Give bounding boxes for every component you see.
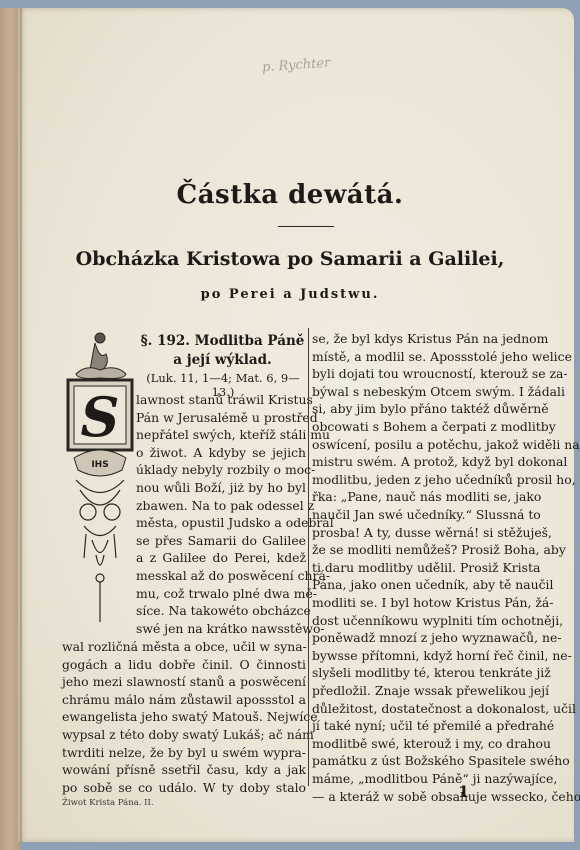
page-gutter-edge xyxy=(20,8,22,842)
text-line: o žiwot. A kdyby se jejich xyxy=(136,447,306,459)
text-line: a z Galilee do Perei, kdež xyxy=(136,552,306,564)
text-line: — a kteráž w sobě obsahuje wssecko, čeho xyxy=(312,791,540,803)
text-line: nepřátel swých, kteříž stáli mu xyxy=(136,429,306,441)
text-line: naučil Jan swé učedníky.“ Slussná to xyxy=(312,509,540,521)
ornamental-initial-illustration: S IHS xyxy=(66,330,134,630)
text-line: messkal až do poswěcení chrá- xyxy=(136,570,306,582)
text-line: mu, což trwalo plné dwa mě- xyxy=(136,588,306,600)
text-line: lawnost stanů tráwil Kristus xyxy=(136,394,306,406)
text-line: chrámu málo nám zůstawil apossstol a xyxy=(62,694,306,706)
text-line: předložil. Znaje wssak přewelikou její xyxy=(312,685,540,697)
text-line: místě, a modlil se. Apossstolé jeho weli… xyxy=(312,351,540,363)
text-line: řka: „Pane, nauč nás modliti se, jako xyxy=(312,491,540,503)
seated-figure-icon xyxy=(76,333,126,379)
text-line: si, aby jim bylo přáno taktéž důwěrně xyxy=(312,403,540,415)
book-spine xyxy=(0,8,20,850)
text-line: nou wůli Boží, jiż by ho byl xyxy=(136,482,306,494)
text-line: zbawen. Na to pak odessel z xyxy=(136,500,306,512)
text-line: Pán w Jerusalémě u prostřed xyxy=(136,412,306,424)
text-line: wowání přísně ssetřil času, kdy a jak xyxy=(62,764,306,776)
title-divider-rule xyxy=(278,226,334,227)
text-line: města, opustil Judsko a odebral xyxy=(136,517,306,529)
page-number: 1 xyxy=(458,782,469,801)
text-line: oswícení, posilu a potěchu, jakož widěli… xyxy=(312,439,540,451)
text-line: ewangelista jeho swatý Matouš. Nejwíce xyxy=(62,711,306,723)
text-line: dost učenníkowu wyplniti tím ochotněji, xyxy=(312,615,540,627)
text-line: jeho mezi slawností stanů a poswěcení xyxy=(62,676,306,688)
signature-mark: Žiwot Krista Pána. II. xyxy=(62,798,154,808)
text-line: mistru swém. A protož, když byl dokonal xyxy=(312,456,540,468)
chapter-title: Částka dewátá. xyxy=(0,180,580,210)
drop-cap-letter: S xyxy=(81,385,120,449)
text-line: modliti se. I byl hotow Kristus Pán, žá- xyxy=(312,597,540,609)
chapter-subtitle: Obcházka Kristowa po Samarii a Galilei, xyxy=(0,248,580,270)
column-divider xyxy=(308,328,309,786)
text-line: památku z úst Božského Spasitele swého xyxy=(312,755,540,767)
text-line: se, že byl kdys Kristus Pán na jednom xyxy=(312,333,540,345)
text-line: máme, „modlitbou Páně“ ji nazýwajíce, xyxy=(312,773,540,785)
floral-pendant-icon xyxy=(76,480,124,622)
text-line: swé jen na krátko nawsstěwo- xyxy=(136,623,306,635)
text-line: prosba! A ty, dusse wěrná! si stěžuješ, xyxy=(312,527,540,539)
text-line: ti daru modlitby udělil. Prosiž Krista xyxy=(312,562,540,574)
text-line: obcowati s Bohem a čerpati z modlitby xyxy=(312,421,540,433)
text-line: gogách a lidu dobře činil. O činnosti xyxy=(62,659,306,671)
text-line: že se modliti nemůžeš? Prosiž Boha, aby xyxy=(312,544,540,556)
text-line: býwal s nebeským Otcem swým. I žádali xyxy=(312,386,540,398)
text-line: poněwadž mnozí z jeho wyznawačů, ne- xyxy=(312,632,540,644)
text-line: síce. Na takowéto obcházce xyxy=(136,605,306,617)
text-line: slyšeli modlitby té, kterou tenkráte již xyxy=(312,667,540,679)
text-line: jí také nyní; učil té přemilé a předrahé xyxy=(312,720,540,732)
ihs-monogram-icon: IHS xyxy=(74,450,126,476)
text-line: důležitost, dostatečnost a dokonalost, u… xyxy=(312,703,540,715)
section-heading: §. 192. Modlitba Páně xyxy=(140,333,305,349)
text-line: úklady nebyly rozbily o moc- xyxy=(136,464,306,476)
text-line: po sobě se co událo. W ty doby stalo xyxy=(62,782,306,794)
text-line: modlitbu, jeden z jeho učedníků prosil h… xyxy=(312,474,540,486)
section-heading-line2: a její wýklad. xyxy=(140,352,305,368)
text-line: byli dojati tou wroucností, kterouž se z… xyxy=(312,368,540,380)
text-line: bywsse přítomni, když horní řeč činil, n… xyxy=(312,650,540,662)
text-line: Pána, jako onen učedník, aby tě naučil xyxy=(312,579,540,591)
text-line: se přes Samarii do Galilee xyxy=(136,535,306,547)
text-line: wypsal z této doby swatý Lukáš; ač nám xyxy=(62,729,306,741)
text-line: modlitbě swé, kterouž i my, co drahou xyxy=(312,738,540,750)
text-line: wal rozličná města a obce, učil w syna- xyxy=(62,641,306,653)
svg-text:IHS: IHS xyxy=(91,460,108,470)
chapter-subtitle-line2: po Perei a Judstwu. xyxy=(0,287,580,302)
text-line: twrditi nelze, že by byl u swém wypra- xyxy=(62,747,306,759)
